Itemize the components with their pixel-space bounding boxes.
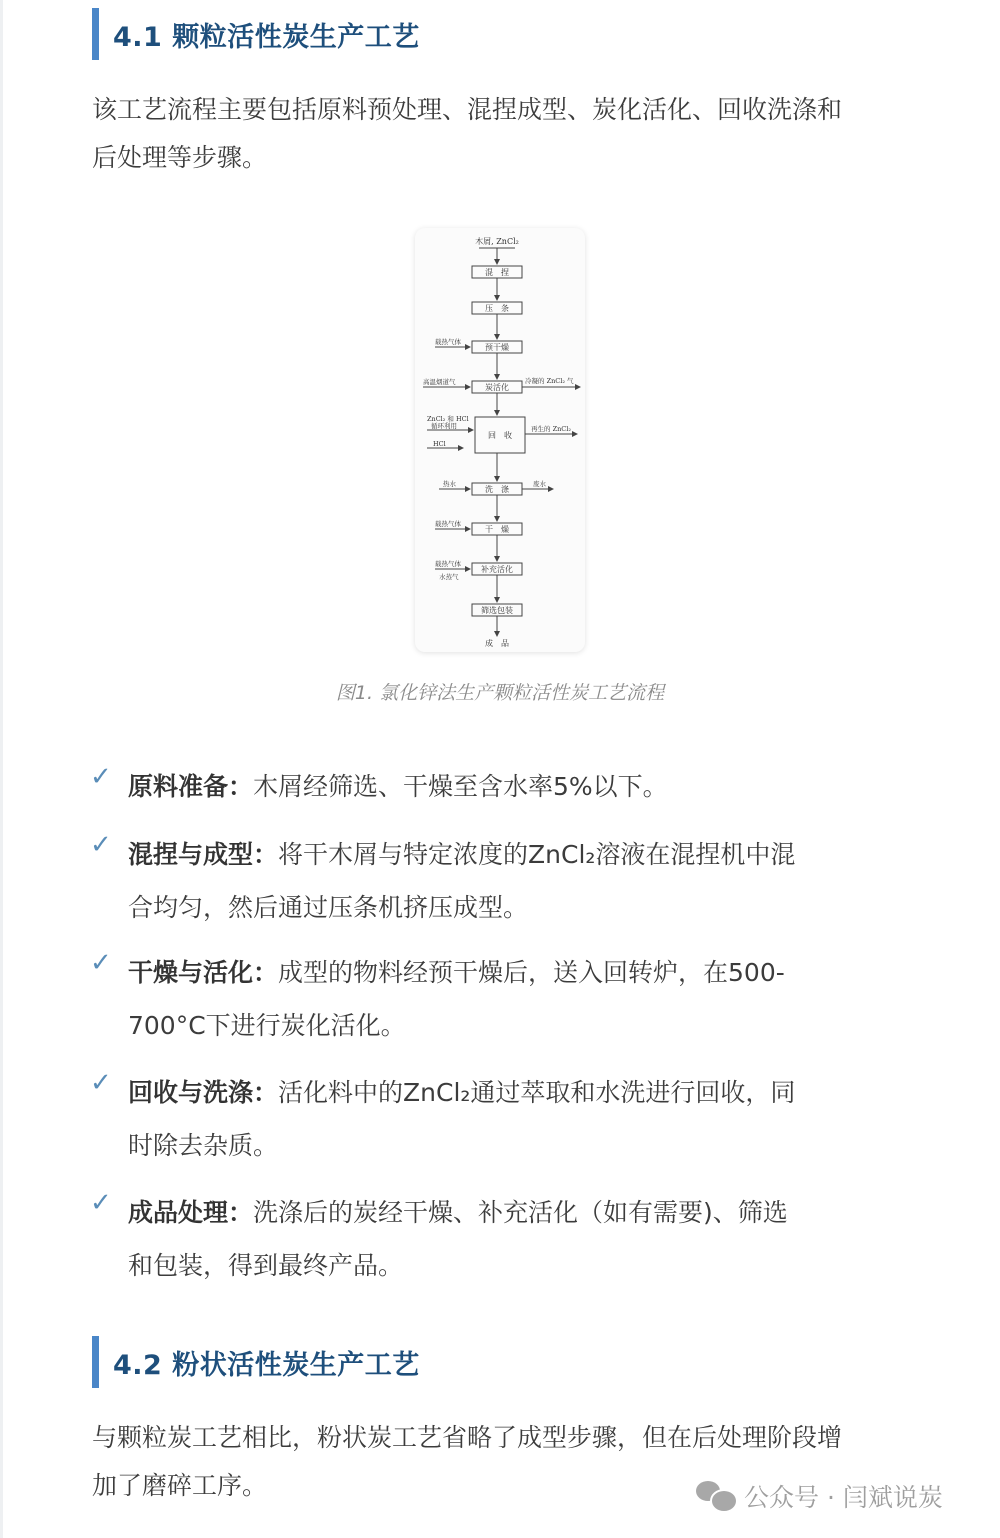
side-input-label: 载热气体 [435, 337, 462, 346]
item-label: 干燥与活化： [128, 958, 278, 987]
heading-accent-bar [92, 8, 99, 60]
item-text: 木屑经筛选、干燥至含水率5%以下。 [253, 772, 668, 801]
wechat-icon [696, 1479, 738, 1513]
item-text: 时除去杂质。 [128, 1131, 278, 1160]
side-input-label: 载热气体 [435, 519, 462, 528]
section1-intro: 该工艺流程主要包括原料预处理、混捏成型、炭化活化、回收洗涤和 后处理等步骤。 [92, 86, 912, 182]
flow-step: 预干燥 [485, 342, 509, 352]
flow-step: 筛选包装 [481, 605, 513, 615]
item-label: 混捏与成型： [128, 840, 278, 869]
wechat-watermark: 公众号 · 闫斌说炭 [696, 1478, 943, 1514]
check-icon: ✓ [90, 1188, 112, 1218]
flow-step: 补充活化 [481, 564, 513, 574]
flow-input-label: 木屑, ZnCl₂ [475, 236, 519, 246]
side-output-label: 再生的 ZnCl₂ [531, 424, 571, 433]
item-label: 回收与洗涤： [128, 1078, 278, 1107]
checklist-item: ✓ 回收与洗涤：活化料中的ZnCl₂通过萃取和水洗进行回收，同时除去杂质。 [90, 1066, 910, 1172]
heading-accent-bar [92, 1336, 99, 1388]
item-text: 和包装，得到最终产品。 [128, 1251, 403, 1280]
checklist-item: ✓ 原料准备：木屑经筛选、干燥至含水率5%以下。 [90, 760, 910, 813]
flow-step: 混 捏 [485, 267, 509, 277]
flow-step: 炭活化 [485, 382, 509, 392]
item-text: 活化料中的ZnCl₂通过萃取和水洗进行回收，同 [278, 1078, 795, 1107]
process-flow-figure: 木屑, ZnCl₂ 混 捏 压 条 预干燥 炭活化 回 收 洗 涤 干 燥 补充… [415, 228, 585, 652]
checklist-item: ✓ 干燥与活化：成型的物料经预干燥后，送入回转炉，在500-700°C下进行炭化… [90, 946, 910, 1052]
watermark-text: 公众号 · 闫斌说炭 [744, 1478, 943, 1514]
intro-line: 后处理等步骤。 [92, 134, 912, 182]
heading-title: 4.2 粉状活性炭生产工艺 [113, 1343, 420, 1382]
section-heading-4-1: 4.1 颗粒活性炭生产工艺 [92, 8, 420, 60]
side-input-label: 高温烟道气 [423, 377, 456, 386]
item-text: 700°C下进行炭化活化。 [128, 1011, 406, 1040]
side-output-label: 冷凝的 ZnCl₂ 气 [525, 376, 574, 385]
checklist-item: ✓ 混捏与成型：将干木屑与特定浓度的ZnCl₂溶液在混捏机中混合均匀，然后通过压… [90, 828, 910, 934]
item-text: 合均匀，然后通过压条机挤压成型。 [128, 893, 528, 922]
flow-step: 回 收 [488, 430, 512, 440]
checklist-item: ✓ 成品处理：洗涤后的炭经干燥、补充活化（如有需要)、筛选和包装，得到最终产品。 [90, 1186, 910, 1292]
flow-step: 干 燥 [485, 524, 509, 534]
check-icon: ✓ [90, 1068, 112, 1098]
page-edge [0, 0, 3, 1538]
side-input-label: HCl [433, 440, 446, 448]
item-text: 成型的物料经预干燥后，送入回转炉，在500- [278, 958, 785, 987]
side-output-label: 废水 [533, 479, 547, 488]
flow-output-label: 成 品 [485, 638, 509, 648]
item-label: 成品处理： [128, 1198, 253, 1227]
item-text: 洗涤后的炭经干燥、补充活化（如有需要)、筛选 [253, 1198, 788, 1227]
side-input-label: 载热气体 [435, 559, 462, 568]
flow-step: 洗 涤 [485, 484, 510, 494]
heading-title: 4.1 颗粒活性炭生产工艺 [113, 15, 420, 54]
figure-caption: 图1. 氯化锌法生产颗粒活性炭工艺流程 [0, 678, 1000, 705]
item-text: 将干木屑与特定浓度的ZnCl₂溶液在混捏机中混 [278, 840, 795, 869]
side-input-label: 水蒸气 [439, 572, 459, 581]
check-icon: ✓ [90, 948, 112, 978]
check-icon: ✓ [90, 830, 112, 860]
flow-step: 压 条 [485, 303, 509, 313]
check-icon: ✓ [90, 762, 112, 792]
side-input-label: 循环利用 [431, 421, 457, 430]
side-input-label: 热水 [443, 479, 457, 488]
intro-line: 该工艺流程主要包括原料预处理、混捏成型、炭化活化、回收洗涤和 [92, 86, 912, 134]
item-label: 原料准备： [128, 772, 253, 801]
intro-line: 与颗粒炭工艺相比，粉状炭工艺省略了成型步骤，但在后处理阶段增 [92, 1414, 912, 1462]
section-heading-4-2: 4.2 粉状活性炭生产工艺 [92, 1336, 420, 1388]
